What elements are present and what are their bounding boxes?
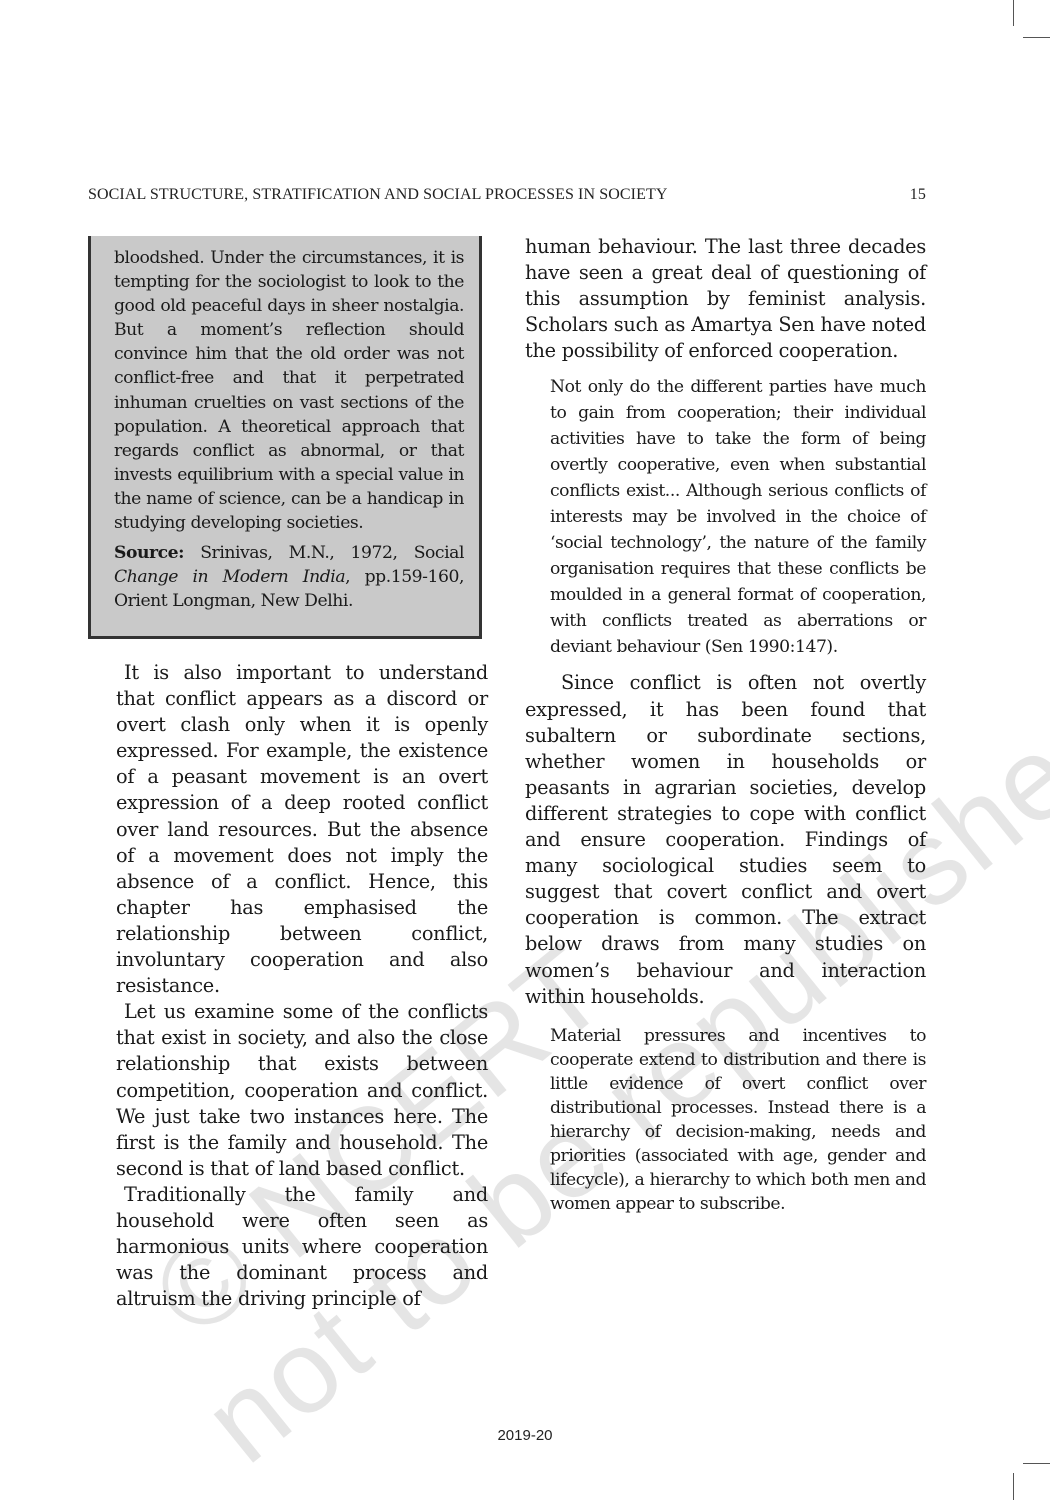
paragraph: human behaviour. The last three decades … (525, 234, 926, 364)
paragraph: Let us examine some of the conflicts tha… (116, 999, 488, 1182)
source-book-title: Change in Modern India (114, 567, 345, 587)
left-column: It is also important to understand that … (116, 660, 488, 1312)
extract-box-text: bloodshed. Under the circumstances, it i… (114, 246, 464, 535)
crop-mark-bottom-vertical (1013, 1473, 1014, 1500)
page-number: 15 (910, 186, 926, 204)
paragraph: Traditionally the family and household w… (116, 1182, 488, 1312)
source-citation-pre: Srinivas, M.N., 1972, Social (184, 543, 464, 563)
extract-box: bloodshed. Under the circumstances, it i… (88, 236, 482, 639)
right-column: human behaviour. The last three decades … (525, 234, 926, 1226)
extract-box-source: Source: Srinivas, M.N., 1972, Social Cha… (114, 541, 464, 613)
block-quote: Not only do the different parties have m… (550, 374, 926, 660)
footer-year: 2019-20 (0, 1427, 1050, 1444)
block-quote-text: Material pressures and incentives to coo… (550, 1024, 926, 1216)
crop-mark-bottom-horizontal (1023, 1463, 1050, 1464)
block-quote-text: Not only do the different parties have m… (550, 374, 926, 660)
extract-box-content: bloodshed. Under the circumstances, it i… (114, 246, 464, 613)
paragraph: Since conflict is often not overtly expr… (525, 670, 926, 1009)
source-label: Source: (114, 543, 184, 563)
crop-mark-top-vertical (1013, 0, 1014, 26)
running-head: SOCIAL STRUCTURE, STRATIFICATION AND SOC… (88, 186, 926, 204)
paragraph: It is also important to understand that … (116, 660, 488, 999)
running-title: SOCIAL STRUCTURE, STRATIFICATION AND SOC… (88, 186, 668, 204)
block-quote: Material pressures and incentives to coo… (550, 1024, 926, 1216)
crop-mark-top-horizontal (1023, 37, 1050, 38)
